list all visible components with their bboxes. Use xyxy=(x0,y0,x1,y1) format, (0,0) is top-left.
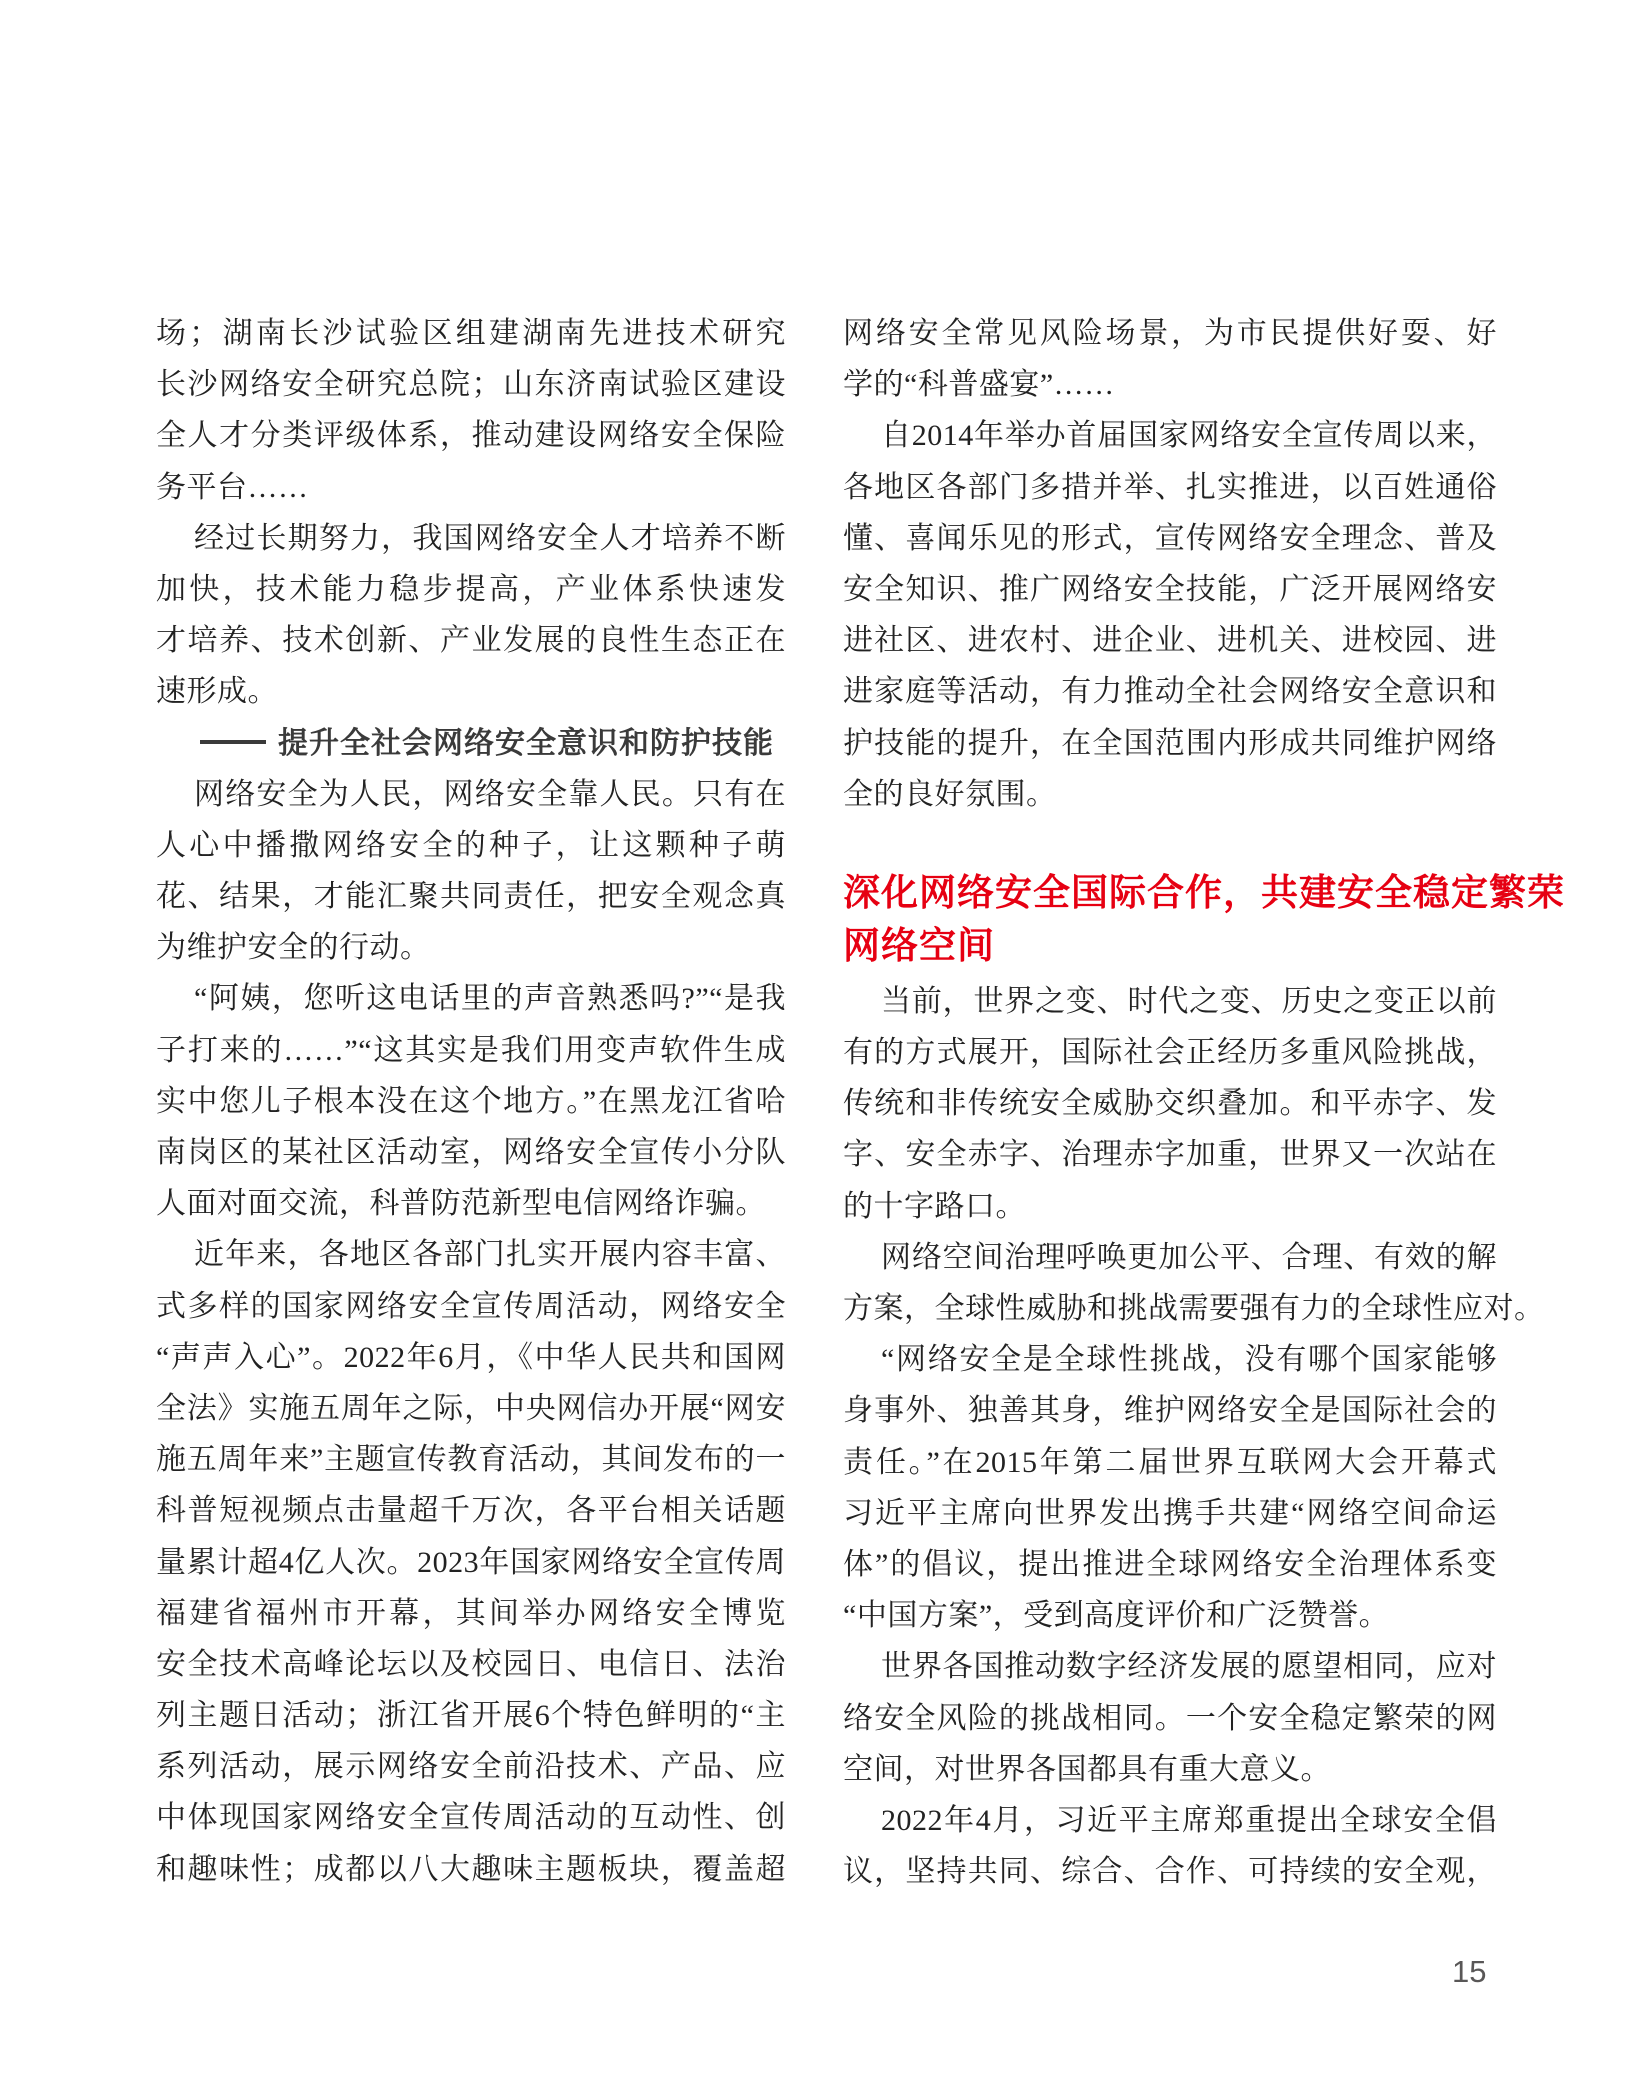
text-line: 中体现国家网络安全宣传周活动的互动性、创新性 xyxy=(156,1792,786,1843)
section-subheading: ——提升全社会网络安全意识和防护技能 xyxy=(156,718,786,769)
text-line: 2022年4月，习近平主席郑重提出全球安全倡 xyxy=(843,1795,1497,1846)
text-line: 空间，对世界各国都具有重大意义。 xyxy=(843,1744,1497,1795)
section-heading-red-line: 深化网络安全国际合作，共建安全稳定繁荣 xyxy=(843,866,1497,919)
text-line: 南岗区的某社区活动室，网络安全宣传小分队与老年 xyxy=(156,1127,786,1178)
section-heading-red-line: 网络空间 xyxy=(843,919,1497,972)
text-line: 传统和非传统安全威胁交织叠加。和平赤字、发展赤 xyxy=(843,1078,1497,1129)
text-line: 全法》实施五周年之际，中央网信办开展“网安法实 xyxy=(156,1383,786,1434)
text-line: 安全技术高峰论坛以及校园日、电信日、法治日等系 xyxy=(156,1639,786,1690)
text-line: 福建省福州市开幕，其间举办网络安全博览会、网络 xyxy=(156,1588,786,1639)
text-line: 世界各国推动数字经济发展的愿望相同，应对网 xyxy=(843,1641,1497,1692)
text-line: 经过长期努力，我国网络安全人才培养不断 xyxy=(156,513,786,564)
text-line: 科普短视频点击量超千万次，各平台相关话题阅读 xyxy=(156,1485,786,1536)
text-line: 网络空间治理呼唤更加公平、合理、有效的解决 xyxy=(843,1232,1497,1283)
text-line: “网络安全是全球性挑战，没有哪个国家能够置 xyxy=(843,1334,1497,1385)
text-line: 长沙网络安全研究总院；山东济南试验区建设网络安 xyxy=(156,359,786,410)
text-line: 才培养、技术创新、产业发展的良性生态正在加 xyxy=(156,615,786,666)
text-line: 护技能的提升，在全国范围内形成共同维护网络安 xyxy=(843,718,1497,769)
page-number: 15 xyxy=(1452,1955,1486,1989)
text-line: 加快，技术能力稳步提高，产业体系快速发展，人 xyxy=(156,564,786,615)
text-line: 网络安全为人民，网络安全靠人民。只有在每个 xyxy=(156,769,786,820)
text-line: 字、安全赤字、治理赤字加重，世界又一次站在历史 xyxy=(843,1129,1497,1180)
left-column: 场；湖南长沙试验区组建湖南先进技术研究院，成立长沙网络安全研究总院；山东济南试验… xyxy=(156,308,786,1895)
text-line: 当前，世界之变、时代之变、历史之变正以前所未 xyxy=(843,976,1497,1027)
text-line: 和趣味性；成都以八大趣味主题板块，覆盖超30种 xyxy=(156,1844,786,1895)
text-line: 身事外、独善其身，维护网络安全是国际社会的共同 xyxy=(843,1385,1497,1436)
text-line: 列主题日活动；浙江省开展6个特色鲜明的“主题日” xyxy=(156,1690,786,1741)
document-page: 场；湖南长沙试验区组建湖南先进技术研究院，成立长沙网络安全研究总院；山东济南试验… xyxy=(0,0,1625,2079)
text-line: 施五周年来”主题宣传教育活动，其间发布的一系列 xyxy=(156,1434,786,1485)
text-line: 体”的倡议，提出推进全球网络安全治理体系变革的 xyxy=(843,1539,1497,1590)
text-line: 全人才分类评级体系，推动建设网络安全保险公共服 xyxy=(156,410,786,461)
text-line: 场；湖南长沙试验区组建湖南先进技术研究院，成立 xyxy=(156,308,786,359)
text-line: 子打来的……”“这其实是我们用变声软件生成的，现 xyxy=(156,1025,786,1076)
text-line: 进家庭等活动，有力推动全社会网络安全意识和防 xyxy=(843,666,1497,717)
text-line: “声声入心”。2022年6月，《中华人民共和国网络安 xyxy=(156,1332,786,1383)
text-line: “阿姨，您听这电话里的声音熟悉吗?”“是我儿 xyxy=(156,973,786,1024)
text-line: 有的方式展开，国际社会正经历多重风险挑战，各种 xyxy=(843,1027,1497,1078)
text-line: 网络安全常见风险场景，为市民提供好耍、好看、好 xyxy=(843,308,1497,359)
text-line: 花、结果，才能汇聚共同责任，把安全观念真正转化 xyxy=(156,871,786,922)
text-line: 人心中播撒网络安全的种子，让这颗种子萌芽、开 xyxy=(156,820,786,871)
text-line: 习近平主席向世界发出携手共建“网络空间命运共同 xyxy=(843,1488,1497,1539)
text-line: 络安全风险的挑战相同。一个安全稳定繁荣的网络 xyxy=(843,1693,1497,1744)
text-line: 懂、喜闻乐见的形式，宣传网络安全理念、普及网络 xyxy=(843,513,1497,564)
text-line: 为维护安全的行动。 xyxy=(156,922,786,973)
em-dash: —— xyxy=(200,740,266,744)
text-line: 量累计超4亿人次。2023年国家网络安全宣传周在 xyxy=(156,1537,786,1588)
text-line: 人面对面交流，科普防范新型电信网络诈骗。 xyxy=(156,1178,786,1229)
text-line: “中国方案”，受到高度评价和广泛赞誉。 xyxy=(843,1590,1497,1641)
text-line: 议，坚持共同、综合、合作、可持续的安全观，倡导走 xyxy=(843,1846,1497,1897)
text-line: 速形成。 xyxy=(156,666,786,717)
text-line: 责任。”在2015年第二届世界互联网大会开幕式上， xyxy=(843,1437,1497,1488)
text-line: 的十字路口。 xyxy=(843,1181,1497,1232)
right-column: 网络安全常见风险场景，为市民提供好耍、好看、好学的“科普盛宴”……自2014年举… xyxy=(843,308,1497,1897)
text-line: 全的良好氛围。 xyxy=(843,769,1497,820)
text-line: 式多样的国家网络安全宣传周活动，网络安全教育 xyxy=(156,1281,786,1332)
text-line: 进社区、进农村、进企业、进机关、进校园、进军营、 xyxy=(843,615,1497,666)
text-line: 自2014年举办首届国家网络安全宣传周以来， xyxy=(843,410,1497,461)
text-line: 近年来，各地区各部门扎实开展内容丰富、形 xyxy=(156,1229,786,1280)
text-line: 安全知识、推广网络安全技能，广泛开展网络安全 xyxy=(843,564,1497,615)
text-line: 实中您儿子根本没在这个地方。”在黑龙江省哈尔滨市 xyxy=(156,1076,786,1127)
text-line: 系列活动，展示网络安全前沿技术、产品、应用，集 xyxy=(156,1741,786,1792)
text-line: 学的“科普盛宴”…… xyxy=(843,359,1497,410)
text-line: 务平台…… xyxy=(156,462,786,513)
text-line: 各地区各部门多措并举、扎实推进，以百姓通俗易 xyxy=(843,462,1497,513)
section-subheading-label: 提升全社会网络安全意识和防护技能 xyxy=(278,727,774,760)
text-line: 方案，全球性威胁和挑战需要强有力的全球性应对。 xyxy=(843,1283,1497,1334)
